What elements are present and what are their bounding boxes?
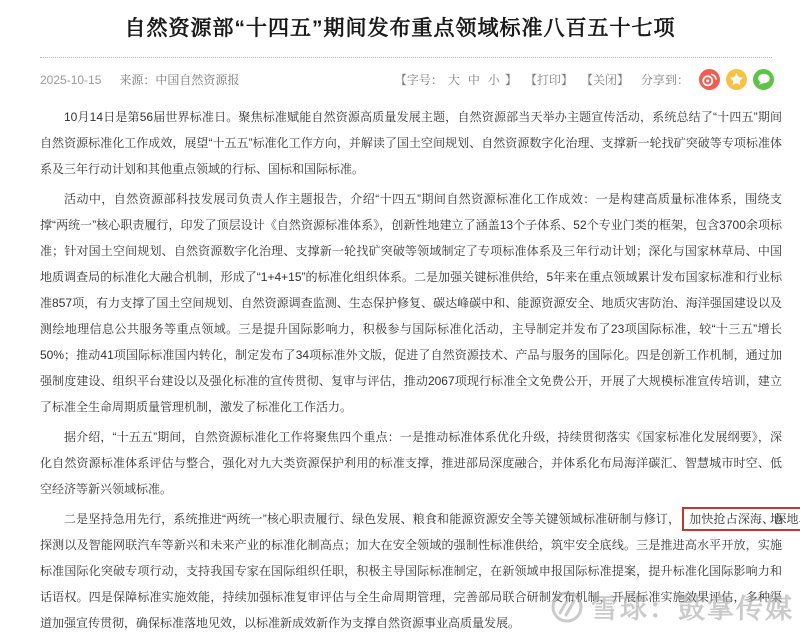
fontsize-prefix: 【字号： — [395, 71, 443, 88]
wechat-share-icon[interactable] — [753, 69, 774, 90]
publish-date: 2025-10-15 — [40, 73, 101, 87]
page-title: 自然资源部“十四五”期间发布重点领域标准八百五十七项 — [0, 0, 800, 44]
article-body: 10月14日是第56届世界标准日。聚焦标准赋能自然资源高质量发展主题，自然资源部… — [0, 102, 800, 632]
share-to-label: 分享到： — [641, 71, 689, 88]
fontsize-medium-button[interactable]: 中 — [468, 71, 480, 88]
toolbar: 【字号： 大 中 小 】 【打印】 【关闭】 分享到： — [395, 69, 774, 90]
weibo-share-icon[interactable] — [699, 69, 720, 90]
paragraph-2: 活动中，自然资源部科技发展司负责人作主题报告，介绍“十四五”期间自然资源标准化工… — [40, 186, 782, 420]
paragraph-4-before: 二是坚持急用先行，系统推进“两统一”核心职责履行、绿色发展、粮食和能源资源安全等… — [64, 512, 680, 526]
close-button[interactable]: 【关闭】 — [581, 71, 629, 88]
qzone-share-icon[interactable] — [726, 69, 747, 90]
fontsize-small-button[interactable]: 小 — [488, 71, 500, 88]
paragraph-4: 二是坚持急用先行，系统推进“两统一”核心职责履行、绿色发展、粮食和能源资源安全等… — [40, 506, 782, 632]
meta-bar: 2025-10-15 来源：中国自然资源报 【字号： 大 中 小 】 【打印】 … — [0, 58, 800, 102]
fontsize-large-button[interactable]: 大 — [448, 71, 460, 88]
paragraph-3: 据介绍，“十五五”期间，自然资源标准化工作将聚焦四个重点：一是推动标准体系优化升… — [40, 424, 782, 502]
print-button[interactable]: 【打印】 — [525, 71, 573, 88]
highlight-box: 加快抢占深海、深地、极 — [682, 507, 800, 531]
article-page: 自然资源部“十四五”期间发布重点领域标准八百五十七项 2025-10-15 来源… — [0, 0, 800, 632]
paragraph-4-after: 地探测以及智能网联汽车等新兴和未来产业的标准化制高点；加大在安全领域的强制性标准… — [40, 512, 782, 630]
meta-info: 2025-10-15 来源：中国自然资源报 — [40, 71, 239, 88]
fontsize-suffix: 】 — [505, 71, 517, 88]
source-label: 来源：中国自然资源报 — [119, 71, 239, 88]
paragraph-1: 10月14日是第56届世界标准日。聚焦标准赋能自然资源高质量发展主题，自然资源部… — [40, 104, 782, 182]
